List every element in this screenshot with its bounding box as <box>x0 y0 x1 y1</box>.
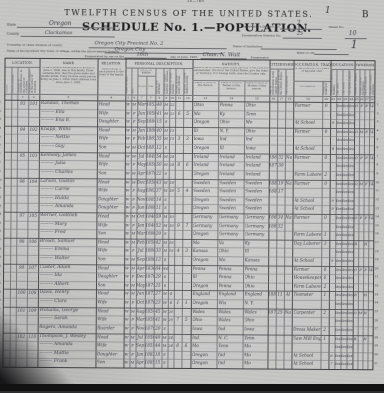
census-cell: 6 <box>175 109 183 118</box>
row-number: 31 <box>0 358 1 362</box>
census-cell: 1868 <box>268 222 276 231</box>
census-cell: 20 <box>154 230 162 239</box>
row-number: 9 <box>374 171 380 175</box>
census-cell: Daughter <box>98 273 125 282</box>
census-cell: 1866 <box>145 247 154 256</box>
census-cell: H <box>363 335 368 344</box>
census-cell: R <box>353 335 358 344</box>
county-value: Clackamas <box>45 29 73 35</box>
census-cell: Apr <box>136 264 145 273</box>
census-cell: Yes <box>347 283 353 292</box>
census-cell: 1850 <box>146 161 155 170</box>
census-cell: Yes <box>348 171 354 180</box>
census-cell: Oregon <box>193 256 218 265</box>
row-number: 28 <box>0 332 2 336</box>
row-number: 17 <box>374 240 380 244</box>
census-cell: Mo <box>219 256 244 265</box>
row-number: 21 <box>374 275 380 279</box>
census-title: TWELFTH CENSUS OF THE UNITED STATES. <box>0 8 381 20</box>
census-cell: 1852 <box>146 101 155 110</box>
census-cell: Penna <box>193 265 218 274</box>
census-cell: Head <box>98 264 125 273</box>
row-number: 26 <box>0 315 2 319</box>
census-cell: 42 <box>154 239 162 248</box>
census-cell: Yes <box>346 352 352 361</box>
census-cell: Nov <box>136 325 145 334</box>
census-cell: Son <box>98 230 125 239</box>
census-cell: Iowa <box>245 144 269 153</box>
census-cell: Yes <box>347 300 353 309</box>
census-cell: Sweden <box>245 188 269 197</box>
census-cell: Ireland <box>219 153 244 162</box>
census-cell: 9 <box>174 221 182 230</box>
census-cell: ——— Amanda <box>40 203 97 212</box>
census-cell: Ohio <box>192 316 217 325</box>
census-cell: 1862 <box>146 187 155 196</box>
census-cell: 107 <box>27 263 38 272</box>
census-cell: Sweden <box>219 179 244 188</box>
form-number: 10—769. <box>187 0 206 3</box>
census-cell: Apr <box>137 170 146 179</box>
census-cell: 103 <box>28 152 39 161</box>
census-cell: 37 <box>155 187 163 196</box>
row-number: 8 <box>374 163 380 167</box>
row-number: 29 <box>373 344 379 348</box>
column-label-naturalization: Naturalization. <box>286 70 293 95</box>
census-cell: 1878 <box>146 170 155 179</box>
census-cell: 28 <box>169 153 175 162</box>
census-cell: 45 <box>154 307 162 316</box>
census-cell: Al <box>284 291 292 300</box>
census-cell: ——— Frank <box>39 358 96 367</box>
census-cell: ——— Clara <box>39 298 96 307</box>
census-cell: Mo <box>193 239 218 248</box>
census-cell: Day Laborer <box>294 240 322 249</box>
census-cell: 3 <box>183 135 192 144</box>
census-cell: At School <box>295 119 323 128</box>
census-cell: Iowa <box>193 135 218 144</box>
column-number: 7 <box>137 95 146 99</box>
column-group-label: OCCUPATION, TRADE, OR PROFESSION <box>294 62 331 66</box>
row-number: 18 <box>374 249 380 253</box>
census-cell: Iowa <box>244 325 268 334</box>
census-cell: Penna <box>245 265 269 274</box>
census-cell: Kennedy, James <box>40 152 97 161</box>
census-cell: 1883 <box>269 188 277 197</box>
row-number: 27 <box>373 326 379 330</box>
census-cell: Ky <box>245 239 269 248</box>
census-cell: Ind <box>219 136 244 145</box>
census-cell: Jun <box>136 290 145 299</box>
census-cell: 54 <box>155 152 163 161</box>
census-cell: Oregon <box>192 282 217 291</box>
census-cell: S <box>163 144 169 153</box>
census-cell: ——— Ella <box>41 109 98 118</box>
column-group-label: CITIZENSHIP. <box>270 62 294 66</box>
census-cell: ——— Guy <box>40 143 97 152</box>
row-number: 19 <box>374 257 380 261</box>
census-cell: Mo <box>244 351 268 360</box>
row-number: 6 <box>374 146 380 150</box>
column-label-race: Color or race. <box>126 69 131 94</box>
census-cell: 32 <box>276 222 284 231</box>
census-cell: 108 <box>27 289 38 298</box>
column-label-english: Can speak English. <box>349 70 354 95</box>
census-cell: Son <box>98 169 125 178</box>
header-divider <box>293 81 330 82</box>
census-cell: 4 <box>183 187 192 196</box>
census-cell: 1865 <box>146 135 155 144</box>
census-cell: 12 <box>155 144 163 153</box>
enum-day-value: 16th <box>137 52 149 58</box>
row-number: 6 <box>0 143 3 147</box>
row-number: 12 <box>0 195 3 199</box>
census-cell: Ireland <box>219 170 244 179</box>
census-cell: Dec <box>136 273 145 282</box>
row-number: 11 <box>374 189 380 193</box>
census-cell: 11 <box>154 204 162 213</box>
census-cell: ——— Carrie <box>40 186 97 195</box>
census-cell: 2 <box>321 309 329 318</box>
census-cell: 18 <box>153 351 161 360</box>
census-cell: 1858 <box>145 238 154 247</box>
census-cell: 1 <box>321 231 329 240</box>
census-cell: 96 <box>17 177 28 186</box>
census-cell: 1860 <box>146 127 155 136</box>
row-number: 2 <box>375 111 381 115</box>
census-cell: At School <box>294 196 322 205</box>
column-number: 12 <box>183 95 192 99</box>
census-cell: 41 <box>154 316 162 325</box>
census-cell: Germany <box>193 222 218 231</box>
census-cell: 2 <box>322 171 330 180</box>
census-cell: 7 <box>174 316 182 325</box>
census-cell: At School <box>294 205 322 214</box>
census-cell: Kansas <box>193 247 218 256</box>
pob-person-label: Place of birth of this Person. <box>193 82 217 94</box>
census-cell: 11 <box>276 291 284 300</box>
census-cell: 102 <box>16 332 27 341</box>
month-label: Month. <box>137 86 146 91</box>
census-cell: Daughter <box>98 195 125 204</box>
column-number: 7 <box>146 95 155 99</box>
row-number: 24 <box>373 301 379 305</box>
row-number: 18 <box>0 246 2 250</box>
date-of-birth-label: DATE OF BIRTH. <box>137 70 155 75</box>
census-cell: 1888 <box>145 204 154 213</box>
census-cell: At School <box>294 145 322 154</box>
census-cell: 1880 <box>145 230 154 239</box>
census-cell: Daughter <box>99 118 126 127</box>
census-cell: 1881 <box>269 179 277 188</box>
census-cell: Yes <box>347 317 353 326</box>
census-cell: 16 <box>168 239 174 248</box>
census-cell: Oregon <box>192 299 217 308</box>
census-cell: Penna <box>218 282 243 291</box>
census-cell: 1 <box>174 299 182 308</box>
census-cell: Yes <box>347 223 353 232</box>
row-number: 10 <box>0 177 3 181</box>
census-cell: 24 <box>168 333 174 342</box>
county-label: County <box>7 32 19 36</box>
census-cell: 2 <box>321 283 329 292</box>
census-cell: ——— Nettie <box>40 134 97 143</box>
column-label-months-unemployed: Months not employed. <box>323 70 330 95</box>
census-cell: Yes <box>347 274 353 283</box>
census-cell: Wife <box>97 316 124 325</box>
row-number: 11 <box>0 186 3 190</box>
census-cell: Germany <box>219 222 244 231</box>
census-cell: Iowa <box>192 325 217 334</box>
row-number: 2 <box>0 108 3 112</box>
census-cell: Oregon <box>193 230 218 239</box>
census-cell: Knapp, Willis <box>41 126 98 135</box>
census-cell: Yes <box>348 111 354 120</box>
census-cell: Son <box>97 281 124 290</box>
census-cell: Brown, Samuel <box>40 238 97 247</box>
census-cell: S <box>161 351 167 360</box>
census-cell: S <box>162 204 168 213</box>
census-cell: Aug <box>137 187 146 196</box>
column-group-label: NAME <box>40 60 98 64</box>
census-cell: Sweden <box>193 179 218 188</box>
census-cell: Va <box>219 239 244 248</box>
row-number: 9 <box>0 169 3 173</box>
census-cell: ——— Amanda <box>39 341 96 350</box>
census-cell: Ohio <box>220 118 245 127</box>
census-cell: 0 <box>322 154 330 163</box>
census-cell: Mo <box>194 110 219 119</box>
census-cell: 1884 <box>146 118 155 127</box>
census-cell: 101 <box>16 306 27 315</box>
relation-column-description: Relationship of each person to the head … <box>98 68 124 93</box>
row-number: 16 <box>374 232 380 236</box>
census-cell: 49 <box>154 333 162 342</box>
census-cell: 110 <box>27 332 38 341</box>
census-cell: Daughter <box>97 350 124 359</box>
census-cell: Yes <box>347 205 353 214</box>
census-cell: May <box>137 161 146 170</box>
census-cell: 44 <box>154 342 162 351</box>
census-cell: Wales <box>244 308 268 317</box>
census-cell: 97 <box>16 212 27 221</box>
census-cell: 1872 <box>145 290 154 299</box>
enumeration-district-label: Enumeration District No. <box>242 33 282 37</box>
census-cell: Head <box>99 100 126 109</box>
column-label-immigration: Year of immigration to the United States… <box>270 70 277 95</box>
census-cell: 101 <box>28 100 39 109</box>
name-column-description: of each person whose place of abode on J… <box>40 67 96 93</box>
census-cell: ——— Mattie <box>39 350 96 359</box>
census-cell: 105 <box>27 212 38 221</box>
census-cell: Rogers, Amanda <box>39 324 96 333</box>
census-cell: Yes <box>347 343 353 352</box>
column-number: 20 <box>322 96 330 100</box>
row-number: 12 <box>374 197 380 201</box>
sheet-line <box>345 38 367 39</box>
census-cell: 0 <box>322 102 330 111</box>
census-cell: Saw Mill Engineer <box>293 334 321 343</box>
census-cell: Davis, Henry <box>39 289 96 298</box>
year-label: Year. <box>146 86 155 91</box>
census-cell: Yes <box>347 257 353 266</box>
census-cell: Carpenter <box>293 308 321 317</box>
census-cell: 0 <box>321 214 329 223</box>
census-cell: 3 <box>175 135 183 144</box>
census-cell: R <box>353 240 358 249</box>
row-number: 13 <box>374 206 380 210</box>
census-cell: Farmer <box>294 265 322 274</box>
census-cell: Ind <box>218 351 243 360</box>
census-cell: Jan <box>137 126 146 135</box>
census-cell: 48 <box>155 101 163 110</box>
row-number: 22 <box>0 281 2 285</box>
census-cell: 1870 <box>145 273 154 282</box>
census-cell: 25 <box>276 308 284 317</box>
census-cell: Boarder <box>97 324 124 333</box>
census-cell: Housekeeper <box>294 274 322 283</box>
census-cell: 1882 <box>144 350 153 359</box>
census-cell: 98 <box>16 238 27 247</box>
census-cell: Oregon <box>193 144 218 153</box>
census-cell: 1856 <box>146 178 155 187</box>
census-cell: Mar <box>136 316 145 325</box>
census-cell: 22 <box>169 101 175 110</box>
census-cell: 1886 <box>145 256 154 265</box>
census-cell: Farmer <box>294 214 322 223</box>
census-cell: 20 <box>168 308 174 317</box>
nativity-description: Place of birth of each person and parent… <box>193 67 268 80</box>
census-cell: 100 <box>16 289 27 298</box>
header-divider <box>137 76 155 77</box>
column-label-house: House number. <box>12 68 17 93</box>
column-group-label: LOCATION. <box>6 60 40 64</box>
census-cell: S <box>162 273 168 282</box>
census-cell: Yes <box>348 197 354 206</box>
census-cell: 1887 <box>146 144 155 153</box>
pob-father-label: Place of birth of Father of this person. <box>219 82 243 94</box>
census-cell: Tenn <box>218 342 243 351</box>
column-number: 8 <box>155 95 163 99</box>
census-cell: Oregon <box>192 351 217 360</box>
census-cell: Farmer <box>295 102 323 111</box>
census-cell: May <box>136 281 145 290</box>
census-cell: Ohio <box>246 101 270 110</box>
census-cell: Ohio <box>219 248 244 257</box>
census-cell: S <box>162 325 168 334</box>
census-cell: ——— Emma <box>40 246 97 255</box>
row-number: 14 <box>0 212 2 216</box>
column-group-label: EDUCATION. <box>331 62 355 66</box>
census-cell: 43 <box>155 178 163 187</box>
census-cell: Head <box>98 212 125 221</box>
census-cell: Farmer <box>294 179 322 188</box>
census-cell: Mo <box>244 360 268 369</box>
census-cell: 1859 <box>145 316 154 325</box>
row-number: 17 <box>0 238 2 242</box>
census-cell: 4 <box>174 247 182 256</box>
census-cell: Germany <box>245 213 269 222</box>
census-cell: Na <box>284 214 292 223</box>
census-cell: Germany <box>219 230 244 239</box>
census-cell: Oregon <box>194 118 219 127</box>
column-group-label: PERSONAL DESCRIPTION. <box>126 61 193 65</box>
row-number: 3 <box>0 117 3 121</box>
census-cell: Head <box>98 238 125 247</box>
sheet-label: Sheet No. <box>329 25 345 29</box>
census-cell: At School <box>293 351 321 360</box>
county-line <box>21 36 115 38</box>
row-number: 22 <box>373 283 379 287</box>
census-cell: ——— Ena E. <box>41 117 98 126</box>
census-cell: 8 <box>175 161 183 170</box>
census-cell: Na <box>284 308 292 317</box>
census-cell: 3 <box>182 247 191 256</box>
census-cell: Mo <box>192 342 217 351</box>
census-cell: 19 <box>277 179 285 188</box>
census-cell: 142 <box>369 128 374 137</box>
column-number: 11 <box>175 95 183 99</box>
census-cell: ——— Ida <box>40 272 97 281</box>
census-cell: 0 <box>321 274 329 283</box>
column-label-marital: Whether single, married, widowed, or div… <box>164 69 169 94</box>
census-cell: 17 <box>277 188 285 197</box>
row-number: 8 <box>0 160 3 164</box>
census-cell: Jul <box>136 247 145 256</box>
census-cell: Farmer <box>295 128 323 137</box>
census-cell: Ill <box>219 144 244 153</box>
census-cell: 22 <box>155 170 163 179</box>
census-cell: 0 <box>322 128 330 137</box>
census-cell: Oregon <box>192 359 217 368</box>
census-cell: 29 <box>154 273 162 282</box>
page-letter: B <box>362 10 369 20</box>
column-number: 16 <box>269 96 277 100</box>
census-cell: Feb <box>136 238 145 247</box>
census-cell: 5 <box>183 110 192 119</box>
census-cell: 1885 <box>146 195 155 204</box>
enumeration-district-line <box>283 38 322 39</box>
census-cell: 41 <box>155 109 163 118</box>
census-cell: Head <box>98 152 125 161</box>
census-cell: Nov <box>137 195 146 204</box>
census-cell: ——— Charles <box>40 169 97 178</box>
row-number: 19 <box>0 255 2 259</box>
census-cell: Oregon <box>193 204 218 213</box>
census-cell: Yes <box>347 326 353 335</box>
census-cell: At School <box>294 257 322 266</box>
census-cell: 5 <box>182 316 191 325</box>
census-cell: Sep <box>137 118 146 127</box>
census-cell: 1858 <box>146 109 155 118</box>
census-cell: Sweden <box>245 205 269 214</box>
row-number: 26 <box>373 318 379 322</box>
census-cell: Ohio <box>244 282 268 291</box>
census-cell: 1848 <box>145 221 154 230</box>
census-cell: Oregon <box>193 196 218 205</box>
census-cell: 1868 <box>269 153 277 162</box>
census-cell: 1866 <box>268 213 276 222</box>
row-number: 20 <box>374 266 380 270</box>
row-number: 13 <box>0 203 3 207</box>
census-cell: ——— Fred <box>40 229 97 238</box>
row-number: 3 <box>375 120 381 124</box>
census-cell: 20 <box>154 325 162 334</box>
row-number: 14 <box>374 214 380 218</box>
census-cell: S <box>163 118 169 127</box>
row-number: 7 <box>374 154 380 158</box>
row-number: 4 <box>375 128 381 132</box>
